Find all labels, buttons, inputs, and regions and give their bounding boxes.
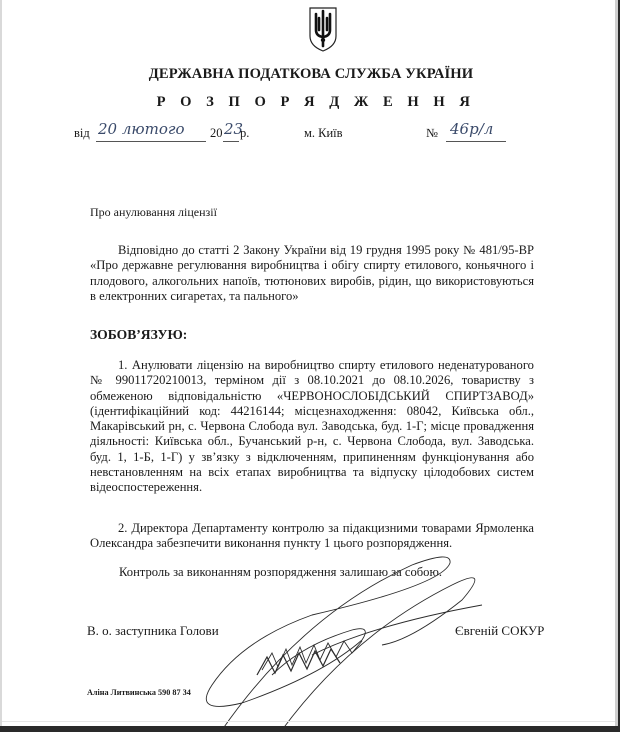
number-underline xyxy=(446,141,506,142)
dateline: від 20 лютого 20 23 р. м. Київ № 46р/л xyxy=(74,120,554,146)
item-2-text: Директора Департаменту контролю за підак… xyxy=(90,521,534,550)
handwritten-number: 46р/л xyxy=(450,120,493,138)
item-1-number: 1. xyxy=(118,358,127,372)
item-1-text: Анулювати ліцензію на виробництво спирту… xyxy=(90,358,534,494)
signer-name: Євгеній СОКУР xyxy=(455,623,544,639)
item-2-number: 2. xyxy=(118,521,127,535)
obligation-heading: ЗОБОВ’ЯЗУЮ: xyxy=(90,327,187,343)
basis-text: Відповідно до статті 2 Закону України ві… xyxy=(90,243,534,303)
year-underline xyxy=(223,141,239,142)
item-1: 1. Анулювати ліцензію на виробництво спи… xyxy=(90,358,534,496)
control-sentence: Контроль за виконанням розпорядження зал… xyxy=(119,565,539,580)
item-2: 2. Директора Департаменту контролю за пі… xyxy=(90,521,534,552)
basis-paragraph: Відповідно до статті 2 Закону України ві… xyxy=(90,243,534,304)
date-from-label: від xyxy=(74,126,90,141)
document-type: Р О З П О Р Я Д Ж Е Н Н Я xyxy=(2,94,620,111)
city: м. Київ xyxy=(304,126,343,141)
year-prefix: 20 xyxy=(210,126,223,141)
date-underline xyxy=(96,141,206,142)
trident-emblem-icon xyxy=(308,6,338,52)
handwritten-date: 20 лютого xyxy=(98,120,184,138)
page-bottom-edge xyxy=(2,721,615,722)
subject-line: Про анулювання ліцензії xyxy=(90,205,217,220)
year-suffix: р. xyxy=(240,126,249,141)
signer-title: В. о. заступника Голови xyxy=(87,623,219,639)
number-label: № xyxy=(426,126,438,141)
agency-name: ДЕРЖАВНА ПОДАТКОВА СЛУЖБА УКРАЇНИ xyxy=(2,66,620,83)
document-page: ДЕРЖАВНА ПОДАТКОВА СЛУЖБА УКРАЇНИ Р О З … xyxy=(0,0,618,726)
executor-contact: Аліна Литвинська 590 87 34 xyxy=(87,688,191,697)
